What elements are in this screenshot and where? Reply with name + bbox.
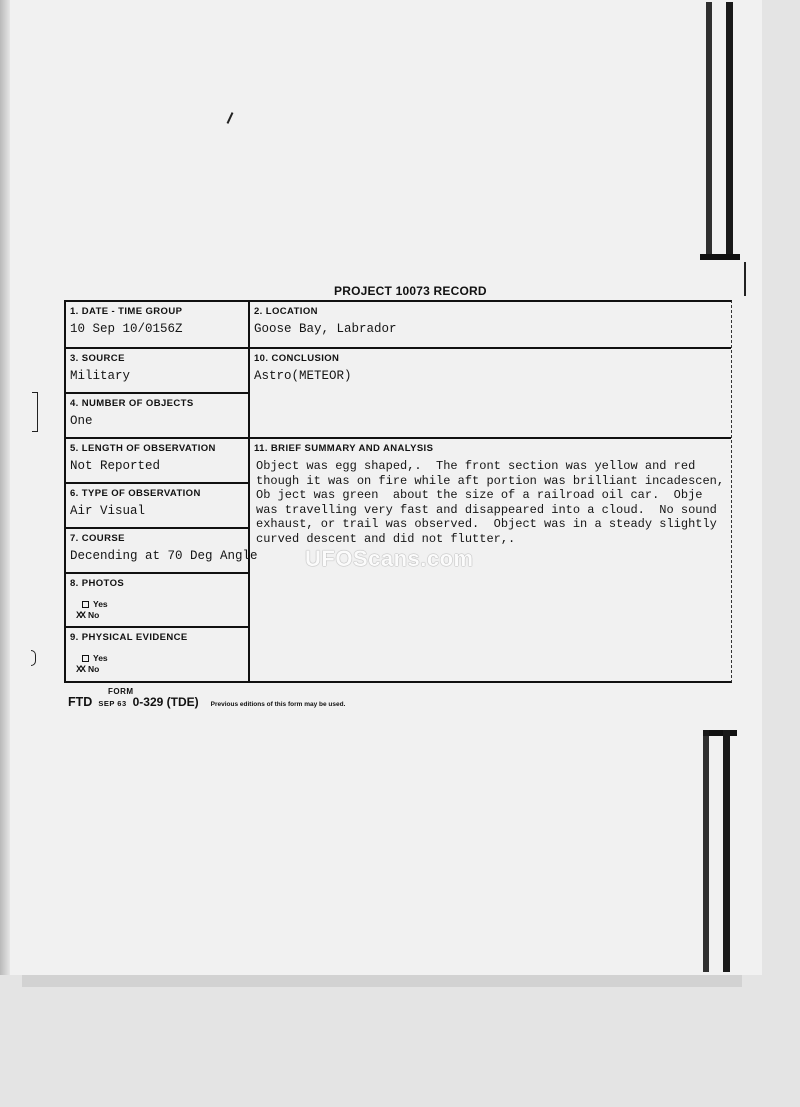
field-value: Decending at 70 Deg Angle [70,549,248,563]
field-label: 7. COURSE [70,533,248,544]
field-physical-evidence: 9. PHYSICAL EVIDENCE Yes XX No [66,628,250,683]
evidence-no-option: XX No [82,664,248,675]
field-label: 1. DATE - TIME GROUP [70,306,248,317]
field-value: Not Reported [70,459,248,473]
page-title: PROJECT 10073 RECORD [334,284,487,298]
field-date-time-group: 1. DATE - TIME GROUP 10 Sep 10/0156Z [66,302,250,349]
photos-no-option: XX No [82,610,248,621]
field-course: 7. COURSE Decending at 70 Deg Angle [66,529,250,574]
margin-bracket [32,392,38,432]
form-footer: FORM FTD SEP 63 0-329 (TDE) Previous edi… [68,687,345,709]
photos-yes-option: Yes [82,599,248,610]
field-value: Military [70,369,248,383]
field-label: 10. CONCLUSION [254,353,731,364]
field-number-of-objects: 4. NUMBER OF OBJECTS One [66,394,250,439]
field-value: Air Visual [70,504,248,518]
field-value: Astro(METEOR) [254,369,731,383]
scan-left-shadow [0,0,10,975]
field-label: 3. SOURCE [70,353,248,364]
field-label: 6. TYPE OF OBSERVATION [70,488,248,499]
record-form: 1. DATE - TIME GROUP 10 Sep 10/0156Z 2. … [64,300,732,683]
form-number: 0-329 (TDE) [133,695,199,709]
field-location: 2. LOCATION Goose Bay, Labrador [250,302,731,349]
field-label: 5. LENGTH OF OBSERVATION [70,443,248,454]
scan-bottom-edge [22,975,742,987]
checkbox-unchecked-icon [82,601,89,608]
field-value: 10 Sep 10/0156Z [70,322,248,336]
checkbox-x-marked-icon: XX [76,664,84,675]
field-label: 4. NUMBER OF OBJECTS [70,398,248,409]
margin-bracket [31,650,36,666]
field-label: 8. PHOTOS [70,578,248,589]
binder-strip-top [706,2,740,260]
field-photos: 8. PHOTOS Yes XX No [66,574,250,628]
checkbox-unchecked-icon [82,655,89,662]
field-label: 11. BRIEF SUMMARY AND ANALYSIS [254,443,731,454]
form-ftd: FTD [68,695,92,709]
binder-strip-bottom [703,730,737,972]
form-date-code: SEP 63 [98,699,126,708]
edge-mark [744,262,746,296]
field-length-of-observation: 5. LENGTH OF OBSERVATION Not Reported [66,439,250,484]
field-conclusion: 10. CONCLUSION Astro(METEOR) [250,349,731,439]
field-value: One [70,414,248,428]
field-label: 9. PHYSICAL EVIDENCE [70,632,248,643]
field-source: 3. SOURCE Military [66,349,250,394]
summary-text: Object was egg shaped,. The front sectio… [256,459,731,547]
checkbox-x-marked-icon: XX [76,610,84,621]
field-value: Goose Bay, Labrador [254,322,731,336]
watermark: UFOScans.com [305,546,474,572]
evidence-yes-option: Yes [82,653,248,664]
field-label: 2. LOCATION [254,306,731,317]
form-note: Previous editions of this form may be us… [211,701,346,708]
field-type-of-observation: 6. TYPE OF OBSERVATION Air Visual [66,484,250,529]
